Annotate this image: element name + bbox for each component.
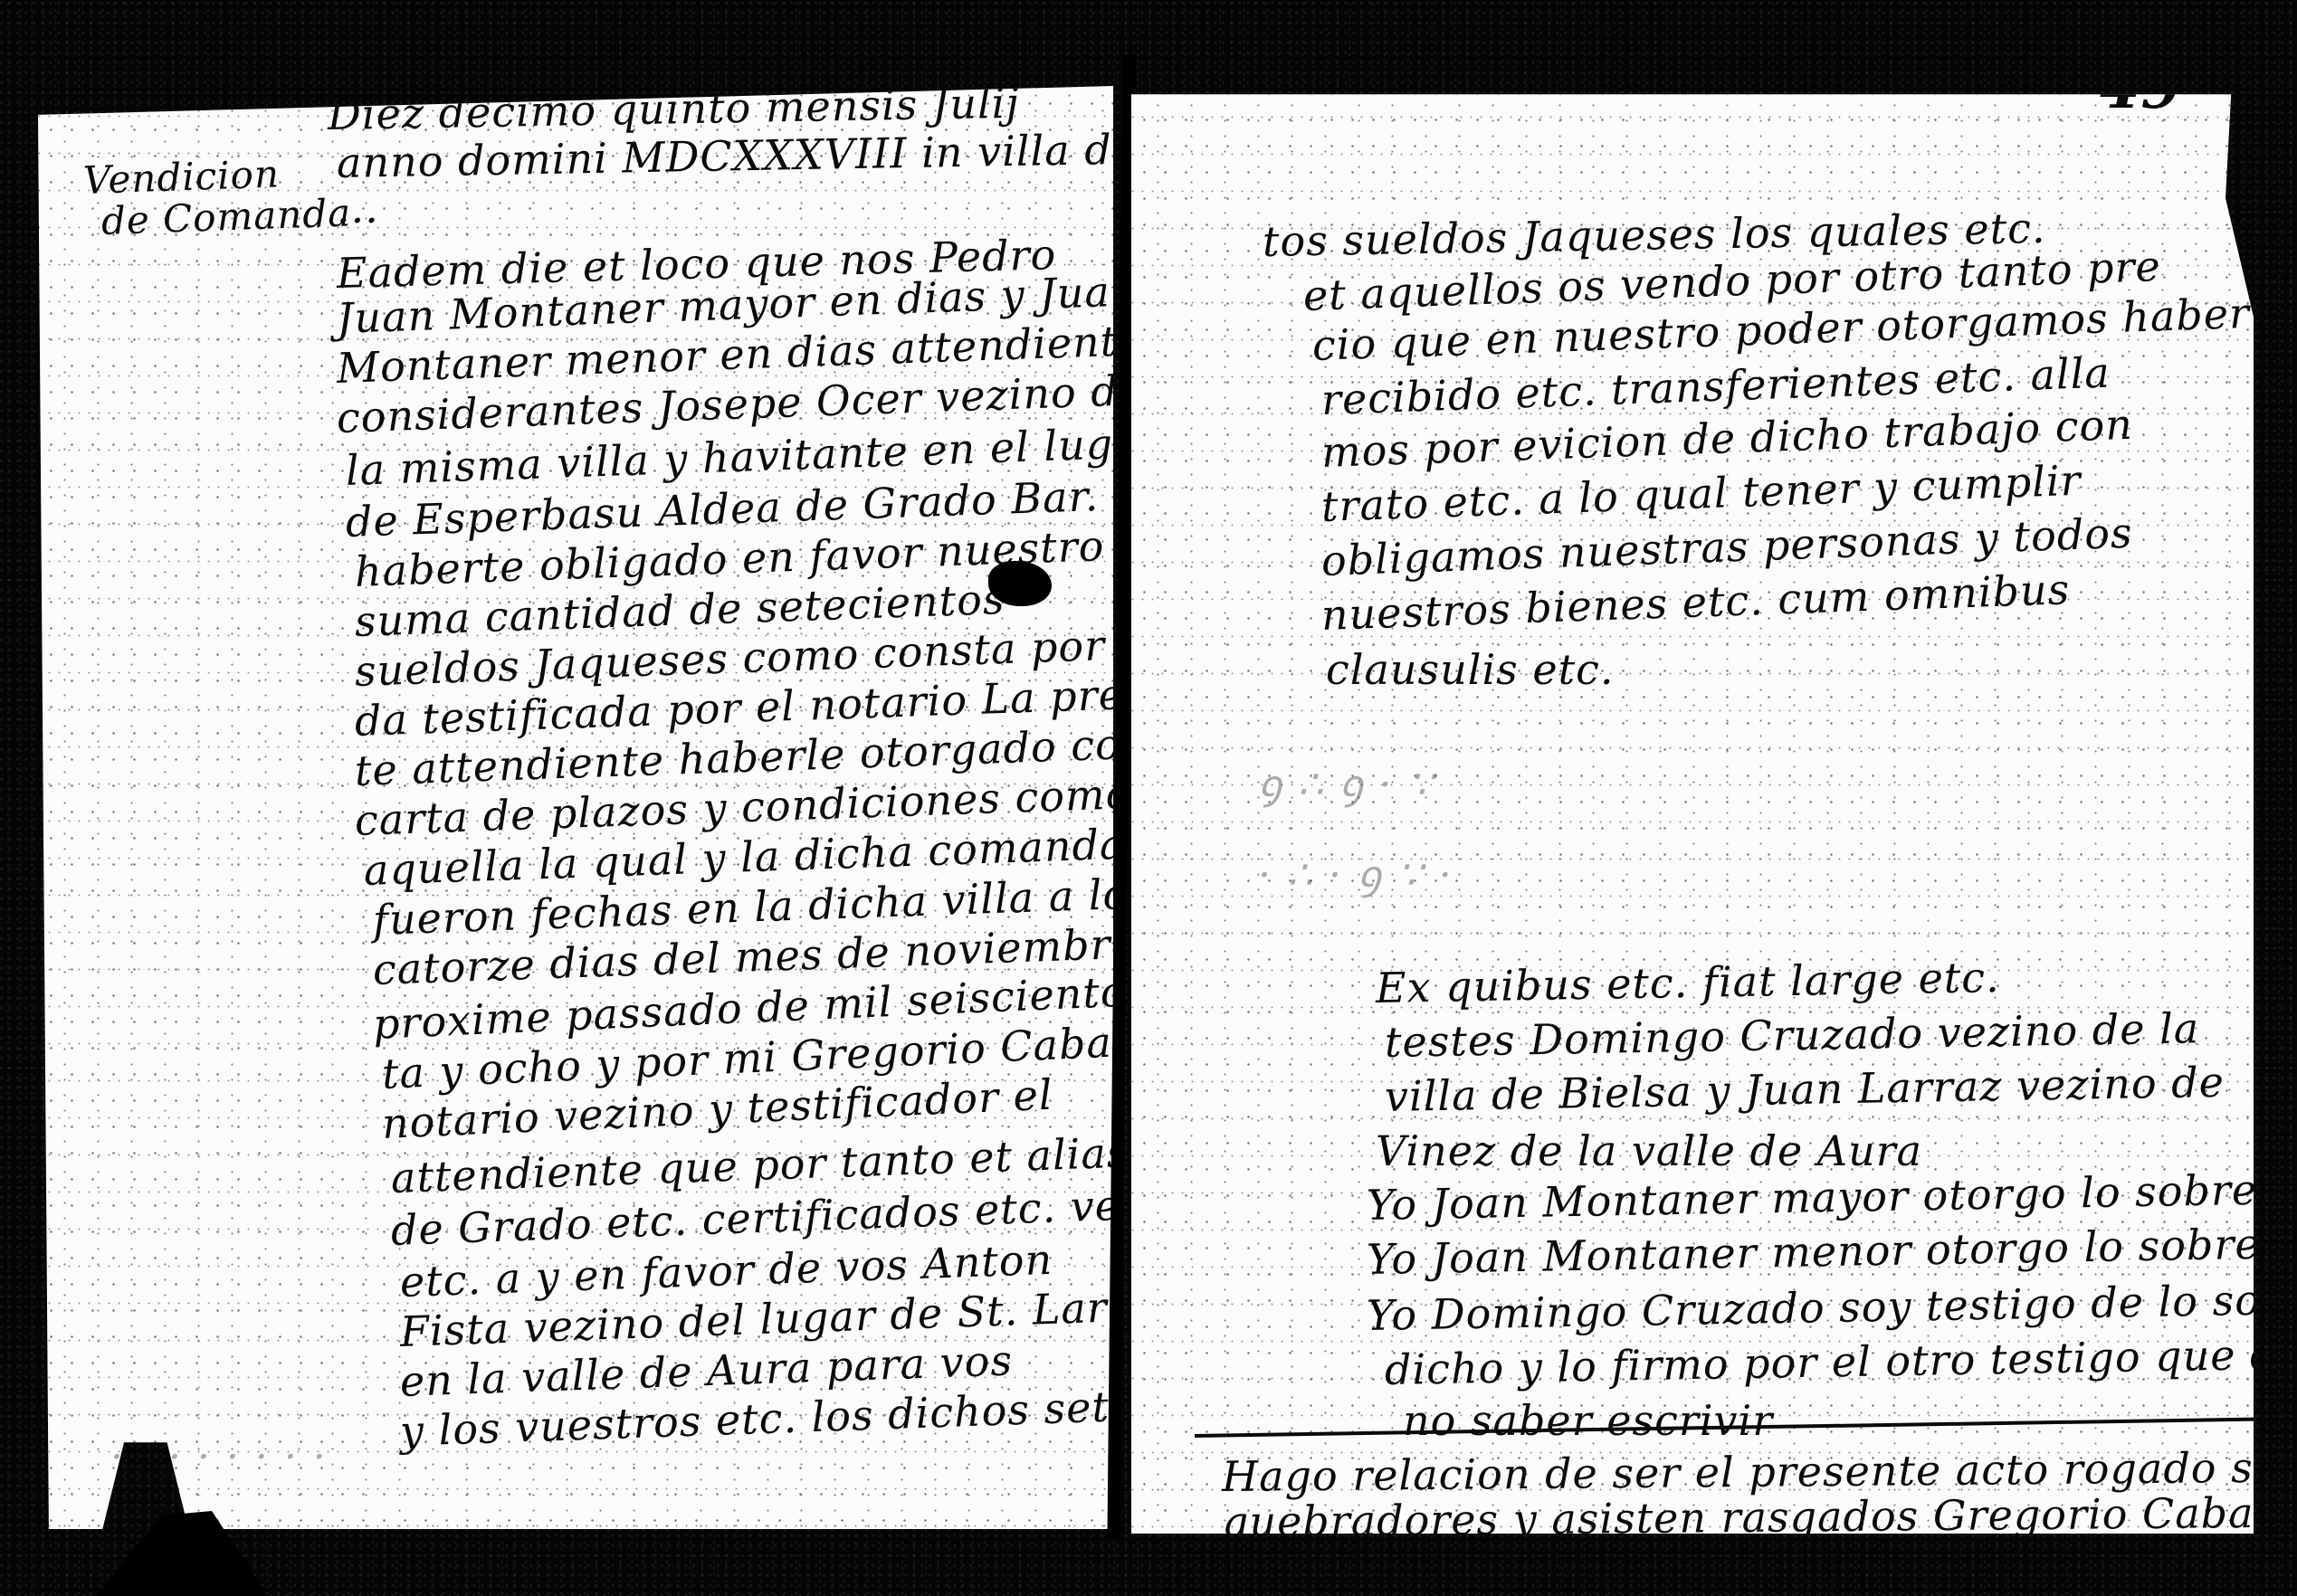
bleed-through-text: · ∴ · ꝯ ∵ · [1258, 846, 1453, 900]
right-page: 49 tos sueldos Jaqueses los quales etc. … [1131, 50, 2254, 1534]
signature-line: Yo Joan Montaner menor otorgo lo sobredi… [1367, 1217, 2254, 1284]
margin-note-line-2: de Comanda [100, 190, 352, 243]
text-line: Vinez de la valle de Aura [1376, 1126, 1922, 1175]
text-line: villa de Bielsa y Juan Larraz vezino de [1385, 1058, 2226, 1121]
text-line: Ex quibus etc. fiat large etc. [1376, 953, 2001, 1012]
text-line: testes Domingo Cruzado vezino de la [1385, 1003, 2200, 1067]
signature-line: Yo Domingo Cruzado soy testigo de lo sob… [1367, 1274, 2254, 1340]
signature-line: no saber escrivir [1403, 1396, 1773, 1445]
text-line: clausulis etc. [1326, 645, 1615, 694]
text-line: ... [337, 184, 379, 233]
bleed-through-text: ꝯ ∴ ꝯ · ∵ [1258, 755, 1435, 810]
signature-line: dicho y lo firmo por el otro testigo que… [1385, 1329, 2254, 1394]
left-page: Vendicion de Comanda Diez decimo quinto … [38, 86, 1113, 1529]
